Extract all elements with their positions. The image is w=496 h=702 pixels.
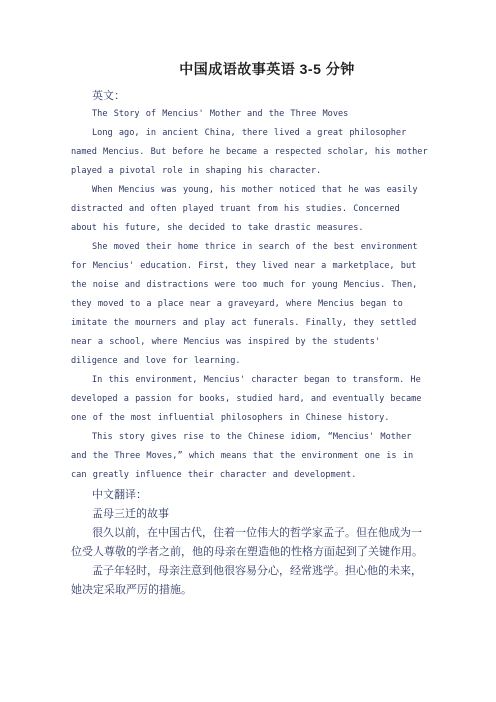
document-page: 中国成语故事英语 3-5 分钟 英文： The Story of Mencius…	[0, 0, 496, 702]
chinese-story-title-line: 孟母三迁的故事	[71, 504, 429, 523]
document-body: 英文： The Story of Mencius' Mother and the…	[71, 86, 429, 599]
paragraph: 很久以前，在中国古代，住着一位伟大的哲学家孟子。但在他成为一位受人尊敬的学者之前…	[71, 523, 429, 561]
story-title-line: The Story of Mencius' Mother and the Thr…	[71, 105, 429, 124]
paragraph: 孟子年轻时，母亲注意到他很容易分心，经常逃学。担心他的未来，她决定采取严厉的措施…	[71, 561, 429, 599]
document-title: 中国成语故事英语 3-5 分钟	[0, 0, 496, 80]
paragraph: In this environment, Mencius' character …	[71, 371, 429, 428]
paragraph: She moved their home thrice in search of…	[71, 238, 429, 371]
english-section-label: 英文：	[71, 86, 429, 105]
paragraph: Long ago, in ancient China, there lived …	[71, 124, 429, 181]
paragraph: When Mencius was young, his mother notic…	[71, 181, 429, 238]
chinese-section-label: 中文翻译：	[71, 485, 429, 504]
paragraph: This story gives rise to the Chinese idi…	[71, 428, 429, 485]
